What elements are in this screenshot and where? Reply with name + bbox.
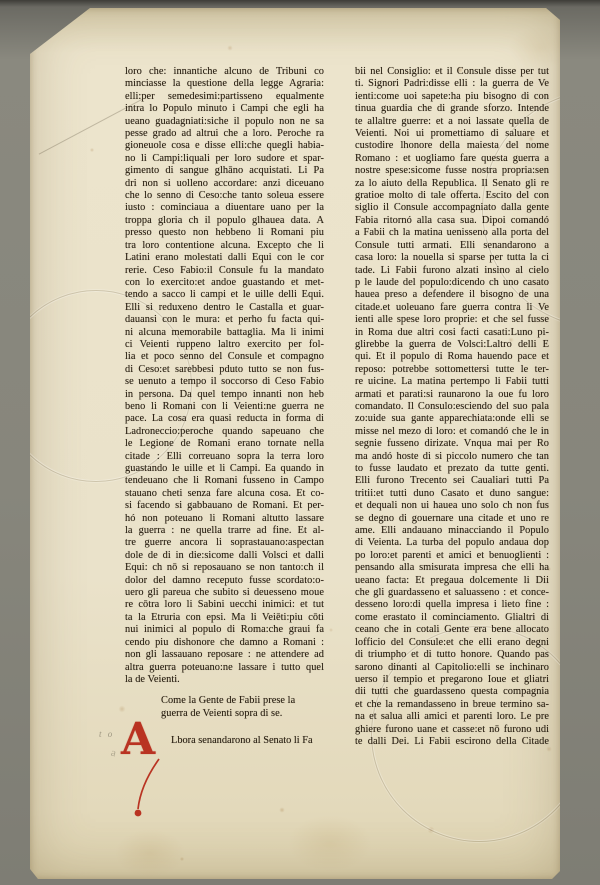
text-line: uerso il tempio et pregarono Ioue et gli…	[355, 674, 549, 686]
text-line: Elli furono Trecento sei Caualiari tutti…	[355, 475, 549, 487]
text-column-left: loro che: innantiche alcuno de Tribuni c…	[125, 66, 324, 793]
text-line: di Veienta. La turba del populo andaua d…	[355, 537, 549, 549]
text-line: che lo senno di Ceso:che tanto soleua es…	[125, 190, 324, 202]
text-line: te dalli Dei. Li Fabii escirono della Ci…	[355, 736, 549, 748]
text-line: na et salua alli amici et parenti loro. …	[355, 711, 549, 723]
text-line: ienti:come uoi sapete:ha piu bisogno di …	[355, 91, 549, 103]
text-line: Elli si reduxeno dentro le Castalla et g…	[125, 302, 324, 314]
text-line: pensando alla smisurata impresa che elli…	[355, 562, 549, 574]
text-line: hauea preso a defendere il bisogno de un…	[355, 289, 549, 301]
text-line: desseno loro:di quella impresa i lieto f…	[355, 599, 549, 611]
rubricated-initial-letter: A	[121, 720, 155, 760]
text-line: la guerra : ne quella trarre ad fine. Et…	[125, 525, 324, 537]
text-line: zo:uide sua gante apparechiata:onde elli…	[355, 413, 549, 425]
text-line: in Roma due altri cosi facti casati:Luno…	[355, 327, 549, 339]
text-line: to fusse laudato et prezato da tutte gen…	[355, 463, 549, 475]
text-line: re cōtra loro li Sabini uecchi inimici: …	[125, 599, 324, 611]
text-line: lofficio del Consule:et che elli erano d…	[355, 637, 549, 649]
left-column-text: loro che: innantiche alcuno de Tribuni c…	[125, 66, 324, 686]
text-line: ci Veienti ruppeno laltro exercito per f…	[125, 339, 324, 351]
text-line: ta la Etruria con epsi. Ma li Veiēti:piu…	[125, 612, 324, 624]
text-line: troppa gloria ch il populo glhauea data.…	[125, 215, 324, 227]
text-line: se uenuto a tempo il soccorso di Ceso Fa…	[125, 376, 324, 388]
text-line: sarono dinanti al Capitolio:elli se inch…	[355, 662, 549, 674]
text-line: et dequali non ui hauea uno solo ch non …	[355, 500, 549, 512]
text-line: di triumpho et di tutto honore. Quando p…	[355, 649, 549, 661]
text-column-right: bii nel Consiglio: et il Consule disse p…	[355, 66, 549, 748]
text-line: elli:per semedesimi:partisseno equalment…	[125, 91, 324, 103]
text-line: si facendo si gabbauano de Romani. Et pe…	[125, 500, 324, 512]
text-line: pace. La cosa era quasi reducta in forma…	[125, 413, 324, 425]
initial-flourish-tail-icon	[131, 757, 165, 823]
text-line: tre guerre ancora li soprastauano:aspect…	[125, 537, 324, 549]
text-line: citade : Elli correuano sopra la terra l…	[125, 451, 324, 463]
text-line: tade. Li Fabii furono alzati insino al c…	[355, 265, 549, 277]
text-line: hó non poteuano li Romani altutto lassar…	[125, 513, 324, 525]
text-line: p le laude del populo:dicendo ch uno cas…	[355, 277, 549, 289]
text-line: con lo exercito:et andoe guastando et me…	[125, 277, 324, 289]
text-line: ghiere furono uane et casse:et nō furono…	[355, 724, 549, 736]
text-line: se degno di gouernare una citade et uno …	[355, 513, 549, 525]
text-line: di Ceso:et sarebbesi pduto tutto se non …	[125, 364, 324, 376]
text-line: ceano che in cotali Gente era bene alloc…	[355, 624, 549, 636]
text-line: qui. Et il populo di Roma hauendo pace e…	[355, 351, 549, 363]
text-line: tendo a sacco li campi et le uille delli…	[125, 289, 324, 301]
text-line: ueano guadagniati:siche il populo non ne…	[125, 116, 324, 128]
text-line: a Fabii ch la matina uenisseno alla port…	[355, 227, 549, 239]
text-line: altra guerra poteuano:ne lassare i tutto…	[125, 662, 324, 674]
text-line: pesse grado ad altrui che a loro. Peroch…	[125, 128, 324, 140]
scanned-book-page: loro che: innantiche alcuno de Tribuni c…	[0, 0, 600, 885]
page-paper: loro che: innantiche alcuno de Tribuni c…	[30, 8, 560, 879]
text-line: tritii:et tutti duno Casato et duno sang…	[355, 488, 549, 500]
text-line: ni alcuna memorabile battaglia. Ma li in…	[125, 327, 324, 339]
text-line: Come la Gente de Fabii prese la	[125, 695, 324, 707]
text-line: misse nel mezo di loro: et comandó che l…	[355, 426, 549, 438]
text-line: ti. Signori Padri:disse elli : la guerra…	[355, 78, 549, 90]
text-line: intra lo Populo minuto i Campi che egli …	[125, 103, 324, 115]
text-line: tra loro contentione alcuna. Excepto che…	[125, 240, 324, 252]
text-line: gratioe molto di tale offerta. Escito de…	[355, 190, 549, 202]
text-line: comandato. Il Consulo:esciendo del suo p…	[355, 401, 549, 413]
text-line: re uicine. La matina pertempo li Fabii t…	[355, 376, 549, 388]
text-line: ma andó hoste di si piccolo numero che t…	[355, 451, 549, 463]
text-line: citade.et uoleuano fare guerra contra li…	[355, 302, 549, 314]
text-line: cendo piu dishonore che damno a Romani :	[125, 637, 324, 649]
text-line: loro che: innantiche alcuno de Tribuni c…	[125, 66, 324, 78]
text-line: presso questo non hebbeno li Romani piu	[125, 227, 324, 239]
text-line: ueano facta: Et pregaua dolcemente li Di…	[355, 575, 549, 587]
text-line: rerie. Ceso Fabio:il Consule fu la manda…	[125, 265, 324, 277]
text-line: le Legione de Romani erano tornate nella	[125, 438, 324, 450]
text-line: Veienti. Noi ui promettiamo di saluare e…	[355, 128, 549, 140]
text-line: po loro:et parenti et amici et benuoglie…	[355, 550, 549, 562]
text-line: dri non si uolleno accordare: anzi diceu…	[125, 178, 324, 190]
text-line: siglio il Consule accompagniato dalla ge…	[355, 202, 549, 214]
pencil-squiggle-mark: a	[110, 747, 118, 760]
pencil-guide-mark: t o	[99, 729, 114, 739]
text-line: nostre spese:sicome fusse nostra propria…	[355, 165, 549, 177]
text-line: dolor del damno receputo fusse scordato:…	[125, 575, 324, 587]
text-line: gioneuole cosa e disse elli:che quegli h…	[125, 140, 324, 152]
text-line: iusto : cominciaua a diuentare uano per …	[125, 202, 324, 214]
text-line: Romano : et uogliamo fare questa guerra …	[355, 153, 549, 165]
text-line: minciasse la questione della legge Agrar…	[125, 78, 324, 90]
text-line: armati et parati:si raunarono la oue fu …	[355, 389, 549, 401]
text-line: segnie fusseno dirizate. Vnqua mai per R…	[355, 438, 549, 450]
text-line: che gli guardasseno et saluasseno : et c…	[355, 587, 549, 599]
text-line: ienti alle spese loro proprie: et che se…	[355, 314, 549, 326]
text-line: dii tutti che guardasseno questa compagn…	[355, 686, 549, 698]
text-line: ame. Elli andauano minacciando il Populo	[355, 525, 549, 537]
text-line: come erastato il cominciamento. Glialtri…	[355, 612, 549, 624]
text-line: custodire lhonore della maiesta del nome	[355, 140, 549, 152]
text-line: dauansi con le mura: et perho fu facta q…	[125, 314, 324, 326]
text-line: non gli lassauano reposare : ne attender…	[125, 649, 324, 661]
text-line: Consule tutti armati. Elli senandarono a	[355, 240, 549, 252]
right-column-text: bii nel Consiglio: et il Consule disse p…	[355, 66, 549, 748]
text-line: glirebbe la guerra de Volsci:Laltro dell…	[355, 339, 549, 351]
text-line: Fabia ritornó alla casa sua. Dipoi coman…	[355, 215, 549, 227]
text-line: beno li Romani con li Veienti:ne guerra …	[125, 401, 324, 413]
text-line: in persona. Da quel tempo innanti non he…	[125, 389, 324, 401]
text-line: casa loro: la nouella si sparse per tutt…	[355, 252, 549, 264]
text-line: lia et poco senno del Consule et compagn…	[125, 351, 324, 363]
text-line: za lo aiuto della Republica. Il Senato g…	[355, 178, 549, 190]
text-line: Equi: ch nō si reposauano se non tanto:c…	[125, 562, 324, 574]
text-line: no li Campi:liquali per loro sudore et s…	[125, 153, 324, 165]
text-line: te allaltre guerre: et a noi lassate que…	[355, 116, 549, 128]
rubricated-initial-block: t o a A Lbora senandarono al Senato li F…	[125, 733, 324, 793]
text-line: tinua guardia che di grande sforzo. Inte…	[355, 103, 549, 115]
text-line: la de Veienti.	[125, 674, 324, 686]
text-line: stauano cheti senza fare alcuna cosa. Et…	[125, 488, 324, 500]
text-line: Latini erano molestati dalli Equi con le…	[125, 252, 324, 264]
text-line: gimento di sangue glhāno acquistati. Li …	[125, 165, 324, 177]
text-line: Ladroneccio:peroche quando sapeuano che	[125, 426, 324, 438]
text-line: uero gli pareua che subito si deuesseno …	[125, 587, 324, 599]
text-line: tendeuano che li Romani fusseno in Campo	[125, 475, 324, 487]
text-line: et che la remandasseno in breue termino …	[355, 699, 549, 711]
text-line: bii nel Consiglio: et il Consule disse p…	[355, 66, 549, 78]
text-line: nui inimici al populo di Roma:che graui …	[125, 624, 324, 636]
text-line: guastando le uille et li Campi. Ea quand…	[125, 463, 324, 475]
text-line: dole de di in die:sicome dalli Volsci et…	[125, 550, 324, 562]
text-line: reposo: potrebbe sottomettersi tutte le …	[355, 364, 549, 376]
